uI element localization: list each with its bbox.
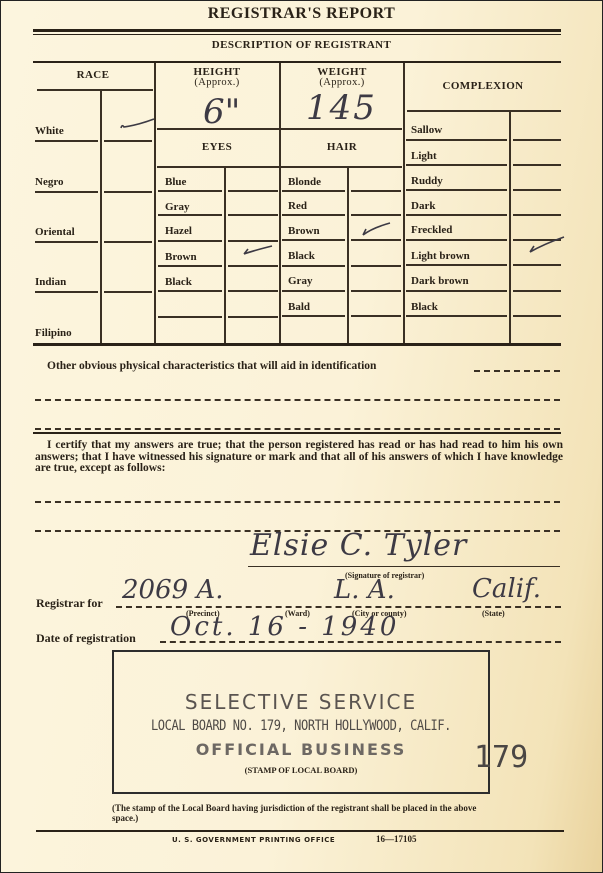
page-title: REGISTRAR'S REPORT	[0, 5, 603, 23]
race-option-indian: Indian	[35, 276, 66, 288]
hair-option-gray: Gray	[288, 275, 312, 287]
form-number: 16—17105	[376, 834, 417, 844]
hair-option-blonde: Blonde	[288, 176, 321, 188]
race-option-oriental: Oriental	[35, 226, 75, 238]
eyes-option-gray: Gray	[165, 201, 189, 213]
complexion-option-black: Black	[411, 301, 438, 313]
race-header: RACE	[33, 69, 153, 81]
other-characteristics-field[interactable]	[474, 370, 560, 372]
eyes-brown-checkmark	[242, 243, 276, 257]
precinct-value: 2069 A.	[122, 575, 223, 605]
hair-option-black: Black	[288, 250, 315, 262]
complexion-option-dark-brown: Dark brown	[411, 275, 469, 287]
height-header: HEIGHT (Approx.)	[157, 66, 277, 88]
other-characteristics-line-3[interactable]	[35, 428, 560, 430]
race-option-filipino: Filipino	[35, 327, 72, 339]
height-value: 6"	[203, 92, 240, 132]
race-option-white: White	[35, 125, 64, 137]
eyes-option-hazel: Hazel	[165, 225, 192, 237]
hair-option-bald: Bald	[288, 301, 310, 313]
divider	[100, 90, 102, 343]
complexion-option-sallow: Sallow	[411, 124, 442, 136]
title-rule-thin	[33, 34, 561, 35]
stamp-caption: (STAMP OF LOCAL BOARD)	[114, 765, 488, 775]
divider	[407, 110, 561, 112]
complexion-header: COMPLEXION	[405, 80, 561, 92]
eyes-option-black: Black	[165, 276, 192, 288]
race-white-checkmark	[118, 116, 158, 132]
table-top-rule	[33, 61, 561, 63]
divider	[509, 112, 511, 343]
complexion-light-brown-checkmark	[526, 234, 568, 256]
other-characteristics-label: Other obvious physical characteristics t…	[47, 361, 376, 373]
board-number-stamp: 179	[474, 740, 528, 775]
weight-value: 145	[306, 88, 377, 128]
stamp-official-business: OFFICIAL BUSINESS	[114, 740, 488, 759]
date-of-registration-value: Oct. 16 - 1940	[170, 612, 399, 642]
section-rule	[33, 432, 561, 434]
complexion-option-ruddy: Ruddy	[411, 175, 443, 187]
state-caption: (State)	[482, 609, 505, 618]
divider	[224, 168, 226, 343]
city-value: L. A.	[334, 575, 395, 605]
divider	[279, 63, 281, 343]
certification-text: I certify that my answers are true; that…	[35, 440, 563, 475]
complexion-option-light: Light	[411, 150, 437, 162]
other-characteristics-line-2[interactable]	[35, 399, 560, 401]
section-subtitle: DESCRIPTION OF REGISTRANT	[0, 39, 603, 51]
exceptions-field[interactable]	[35, 501, 560, 503]
eyes-option-brown: Brown	[165, 251, 197, 263]
divider	[403, 63, 405, 343]
complexion-option-dark: Dark	[411, 200, 435, 212]
weight-approx: (Approx.)	[282, 78, 402, 88]
hair-header: HAIR	[282, 141, 402, 153]
footer-rule	[36, 830, 564, 832]
signature-line[interactable]	[248, 566, 560, 567]
height-approx: (Approx.)	[157, 78, 277, 88]
divider	[154, 63, 156, 343]
eyes-header: EYES	[157, 141, 277, 153]
title-rule	[33, 29, 561, 32]
registrar-for-label: Registrar for	[36, 596, 103, 611]
complexion-option-light-brown: Light brown	[411, 250, 470, 262]
printer-credit: U. S. GOVERNMENT PRINTING OFFICE	[172, 836, 335, 844]
registrar-for-field[interactable]	[116, 606, 561, 608]
hair-option-brown: Brown	[288, 225, 320, 237]
stamp-selective-service: SELECTIVE SERVICE	[114, 690, 488, 714]
divider	[157, 166, 402, 168]
weight-header: WEIGHT (Approx.)	[282, 66, 402, 88]
local-board-stamp-box: SELECTIVE SERVICE LOCAL BOARD NO. 179, N…	[112, 650, 490, 794]
divider	[347, 168, 349, 343]
hair-brown-checkmark	[360, 220, 394, 238]
divider	[157, 128, 402, 130]
stamp-local-board: LOCAL BOARD NO. 179, NORTH HOLLYWOOD, CA…	[140, 718, 462, 734]
state-value: Calif.	[472, 574, 541, 604]
registrar-signature: Elsie C. Tyler	[250, 528, 467, 563]
stamp-note: (The stamp of the Local Board having jur…	[112, 803, 492, 823]
race-option-negro: Negro	[35, 176, 64, 188]
hair-option-red: Red	[288, 200, 307, 212]
divider	[37, 89, 153, 91]
table-bottom-rule	[33, 343, 561, 346]
eyes-option-blue: Blue	[165, 176, 186, 188]
complexion-option-freckled: Freckled	[411, 224, 452, 236]
date-of-registration-label: Date of registration	[36, 631, 136, 646]
